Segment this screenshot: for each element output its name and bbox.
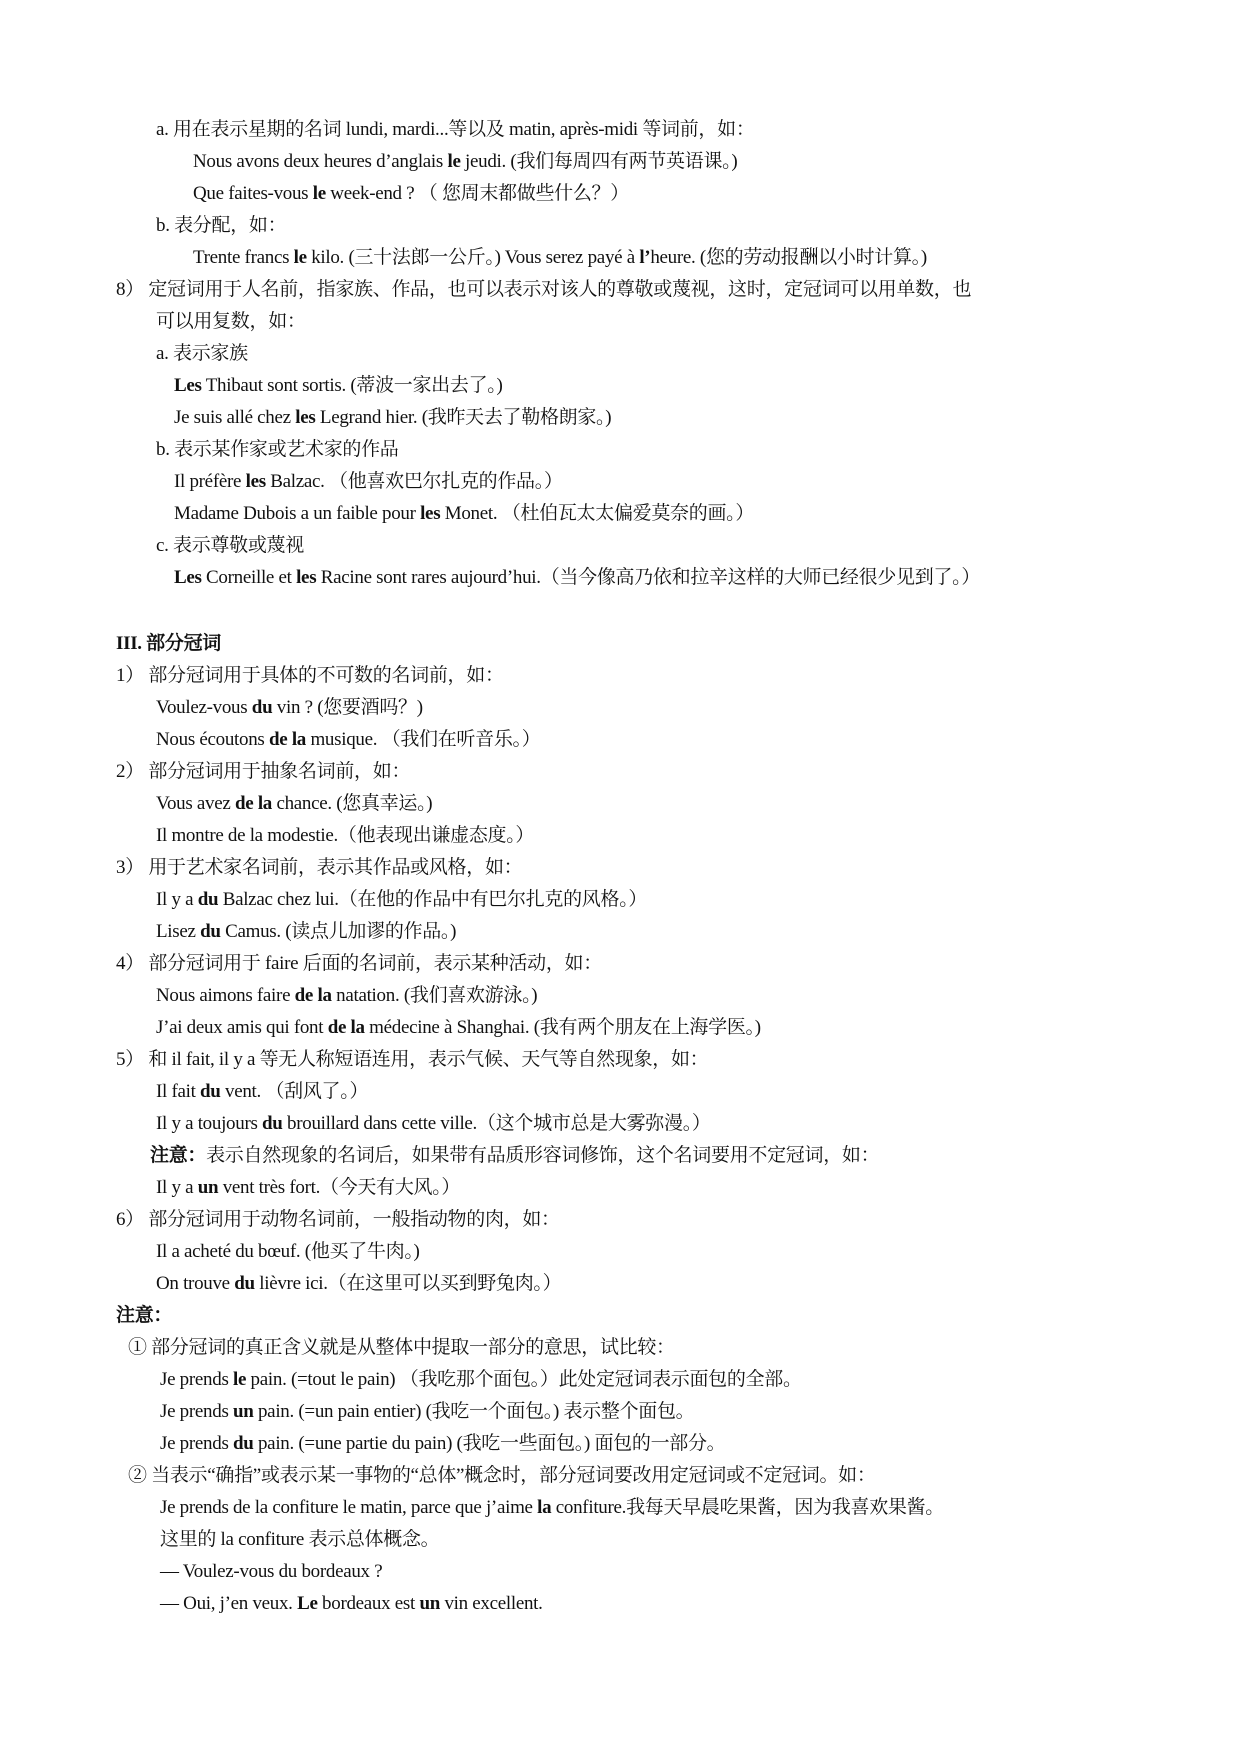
text-run: Lisez: [156, 921, 200, 942]
bold-term: les: [246, 471, 266, 492]
bold-term: III. 部分冠词: [116, 633, 221, 654]
text-run: vent très fort.（今天有大风。）: [218, 1177, 460, 1198]
text-run: Il a acheté du bœuf. (他买了牛肉。): [156, 1241, 420, 1262]
text-line: Je prends un pain. (=un pain entier) (我吃…: [160, 1400, 694, 1424]
bold-term: de la: [235, 793, 272, 814]
text-line: Les Corneille et les Racine sont rares a…: [174, 566, 980, 590]
text-line: 注意：表示自然现象的名词后，如果带有品质形容词修饰，这个名词要用不定冠词，如：: [150, 1144, 879, 1168]
text-run: vin excellent.: [440, 1593, 543, 1614]
text-line: Trente francs le kilo. (三十法郎一公斤。) Vous s…: [193, 246, 927, 270]
bold-term: le: [294, 247, 307, 268]
text-run: 表示自然现象的名词后，如果带有品质形容词修饰，这个名词要用不定冠词，如：: [206, 1145, 879, 1166]
bold-term: du: [252, 697, 273, 718]
text-run: 1） 部分冠词用于具体的不可数的名词前，如：: [116, 665, 504, 686]
text-line: Lisez du Camus. (读点儿加谬的作品。): [156, 920, 456, 944]
text-line: Il montre de la modestie.（他表现出谦虚态度。）: [156, 824, 534, 848]
text-run: Balzac chez lui.（在他的作品中有巴尔扎克的风格。）: [218, 889, 647, 910]
text-line: Voulez-vous du vin ? (您要酒吗？): [156, 696, 423, 720]
text-run: Je suis allé chez: [174, 407, 295, 428]
bold-term: la: [537, 1497, 551, 1518]
text-line: Il y a du Balzac chez lui.（在他的作品中有巴尔扎克的风…: [156, 888, 647, 912]
text-line: Nous écoutons de la musique. （我们在听音乐。）: [156, 728, 540, 752]
text-run: Corneille et: [202, 567, 296, 588]
text-run: Il fait: [156, 1081, 200, 1102]
text-run: Legrand hier. (我昨天去了勒格朗家。): [315, 407, 611, 428]
bold-term: du: [233, 1433, 254, 1454]
text-run: Il montre de la modestie.（他表现出谦虚态度。）: [156, 825, 534, 846]
bold-term: du: [262, 1113, 283, 1134]
text-run: jeudi. (我们每周四有两节英语课。): [461, 151, 738, 172]
text-line: b. 表示某作家或艺术家的作品: [156, 438, 399, 462]
bold-term: les: [296, 567, 316, 588]
bold-term: Les: [174, 375, 202, 396]
text-line: 3） 用于艺术家名词前，表示其作品或风格，如：: [116, 856, 522, 880]
bold-term: l’: [639, 247, 650, 268]
text-line: Je prends de la confiture le matin, parc…: [160, 1496, 944, 1520]
text-run: Vous avez: [156, 793, 235, 814]
text-line: Je prends le pain. (=tout le pain) （我吃那个…: [160, 1368, 802, 1392]
bold-term: du: [200, 921, 221, 942]
text-run: confiture.我每天早晨吃果酱，因为我喜欢果酱。: [551, 1497, 944, 1518]
bold-term: du: [234, 1273, 255, 1294]
text-run: Il préfère: [174, 471, 246, 492]
text-run: Je prends: [160, 1369, 233, 1390]
text-line: Madame Dubois a un faible pour les Monet…: [174, 502, 754, 526]
text-line: 1） 部分冠词用于具体的不可数的名词前，如：: [116, 664, 504, 688]
text-line: 可以用复数，如：: [156, 310, 306, 334]
bold-term: un: [198, 1177, 219, 1198]
text-line: Les Thibaut sont sortis. (蒂波一家出去了。): [174, 374, 503, 398]
text-line: Il y a un vent très fort.（今天有大风。）: [156, 1176, 460, 1200]
text-run: heure. (您的劳动报酬以小时计算。): [650, 247, 927, 268]
bold-term: 注意：: [116, 1305, 172, 1326]
text-run: — Voulez-vous du bordeaux ?: [160, 1561, 382, 1582]
text-run: b. 表示某作家或艺术家的作品: [156, 439, 399, 460]
text-run: Madame Dubois a un faible pour: [174, 503, 420, 524]
text-run: 2） 部分冠词用于抽象名词前，如：: [116, 761, 410, 782]
text-run: 这里的 la confiture 表示总体概念。: [160, 1529, 439, 1550]
text-run: Nous avons deux heures d’anglais: [193, 151, 447, 172]
text-run: musique. （我们在听音乐。）: [306, 729, 540, 750]
text-run: Thibaut sont sortis. (蒂波一家出去了。): [202, 375, 503, 396]
text-run: Trente francs: [193, 247, 294, 268]
text-run: ② 当表示“确指”或表示某一事物的“总体”概念时，部分冠词要改用定冠词或不定冠词…: [128, 1465, 876, 1486]
text-line: c. 表示尊敬或蔑视: [156, 534, 304, 558]
bold-term: le: [233, 1369, 246, 1390]
text-run: Je prends: [160, 1401, 233, 1422]
text-line: On trouve du lièvre ici.（在这里可以买到野兔肉。）: [156, 1272, 561, 1296]
text-run: J’ai deux amis qui font: [156, 1017, 328, 1038]
text-run: Que faites-vous: [193, 183, 313, 204]
bold-term: le: [447, 151, 460, 172]
text-line: Il fait du vent. （刮风了。）: [156, 1080, 368, 1104]
text-run: ① 部分冠词的真正含义就是从整体中提取一部分的意思，试比较：: [128, 1337, 675, 1358]
text-line: Il y a toujours du brouillard dans cette…: [156, 1112, 711, 1136]
text-run: médecine à Shanghai. (我有两个朋友在上海学医。): [365, 1017, 761, 1038]
bold-term: Les: [174, 567, 202, 588]
text-run: 8） 定冠词用于人名前，指家族、作品，也可以表示对该人的尊敬或蔑视，这时，定冠词…: [116, 279, 971, 300]
text-run: On trouve: [156, 1273, 234, 1294]
text-run: Racine sont rares aujourd’hui.（当今像高乃依和拉辛…: [316, 567, 980, 588]
text-line: 5） 和 il fait, il y a 等无人称短语连用，表示气候、天气等自然…: [116, 1048, 708, 1072]
text-run: Nous aimons faire: [156, 985, 295, 1006]
text-line: Je prends du pain. (=une partie du pain)…: [160, 1432, 725, 1456]
text-run: chance. (您真幸运。): [272, 793, 432, 814]
text-line: 2） 部分冠词用于抽象名词前，如：: [116, 760, 410, 784]
text-line: — Oui, j’en veux. Le bordeaux est un vin…: [160, 1592, 543, 1616]
bold-term: les: [295, 407, 315, 428]
text-run: natation. (我们喜欢游泳。): [332, 985, 538, 1006]
text-run: brouillard dans cette ville.（这个城市总是大雾弥漫。…: [283, 1113, 711, 1134]
text-run: pain. (=tout le pain) （我吃那个面包。）此处定冠词表示面包…: [246, 1369, 802, 1390]
bold-term: un: [419, 1593, 440, 1614]
bold-term: de la: [269, 729, 306, 750]
text-line: 6） 部分冠词用于动物名词前，一般指动物的肉，如：: [116, 1208, 560, 1232]
text-run: bordeaux est: [318, 1593, 420, 1614]
text-line: 注意：: [116, 1304, 172, 1328]
text-run: 4） 部分冠词用于 faire 后面的名词前，表示某种活动，如：: [116, 953, 602, 974]
text-run: Monet. （杜伯瓦太太偏爱莫奈的画。）: [440, 503, 754, 524]
text-run: kilo. (三十法郎一公斤。) Vous serez payé à: [307, 247, 640, 268]
bold-term: 注意：: [150, 1145, 206, 1166]
text-run: Il y a: [156, 1177, 198, 1198]
bold-term: Le: [297, 1593, 318, 1614]
text-run: a. 用在表示星期的名词 lundi, mardi...等以及 matin, a…: [156, 119, 755, 140]
text-line: 4） 部分冠词用于 faire 后面的名词前，表示某种活动，如：: [116, 952, 602, 976]
text-run: Nous écoutons: [156, 729, 269, 750]
text-run: 3） 用于艺术家名词前，表示其作品或风格，如：: [116, 857, 522, 878]
text-run: pain. (=une partie du pain) (我吃一些面包。) 面包…: [254, 1433, 726, 1454]
text-run: a. 表示家族: [156, 343, 248, 364]
text-line: Il a acheté du bœuf. (他买了牛肉。): [156, 1240, 420, 1264]
bold-term: du: [200, 1081, 221, 1102]
text-run: vent. （刮风了。）: [221, 1081, 369, 1102]
text-run: week-end ? （ 您周末都做些什么？）: [326, 183, 629, 204]
text-line: — Voulez-vous du bordeaux ?: [160, 1560, 382, 1584]
text-line: a. 用在表示星期的名词 lundi, mardi...等以及 matin, a…: [156, 118, 755, 142]
text-line: ① 部分冠词的真正含义就是从整体中提取一部分的意思，试比较：: [128, 1336, 675, 1360]
text-line: J’ai deux amis qui font de la médecine à…: [156, 1016, 761, 1040]
text-run: Je prends: [160, 1433, 233, 1454]
text-line: 8） 定冠词用于人名前，指家族、作品，也可以表示对该人的尊敬或蔑视，这时，定冠词…: [116, 278, 971, 302]
text-run: Balzac. （他喜欢巴尔扎克的作品。）: [266, 471, 563, 492]
text-line: b. 表分配，如：: [156, 214, 286, 238]
text-run: Voulez-vous: [156, 697, 252, 718]
text-run: 6） 部分冠词用于动物名词前，一般指动物的肉，如：: [116, 1209, 560, 1230]
text-run: vin ? (您要酒吗？): [272, 697, 422, 718]
text-run: Il y a: [156, 889, 198, 910]
document-page: a. 用在表示星期的名词 lundi, mardi...等以及 matin, a…: [0, 0, 1241, 1754]
text-line: ② 当表示“确指”或表示某一事物的“总体”概念时，部分冠词要改用定冠词或不定冠词…: [128, 1464, 876, 1488]
text-line: Nous aimons faire de la natation. (我们喜欢游…: [156, 984, 537, 1008]
bold-term: un: [233, 1401, 254, 1422]
section-heading: III. 部分冠词: [116, 632, 221, 656]
text-run: b. 表分配，如：: [156, 215, 286, 236]
bold-term: le: [313, 183, 326, 204]
text-run: Camus. (读点儿加谬的作品。): [221, 921, 456, 942]
text-run: pain. (=un pain entier) (我吃一个面包。) 表示整个面包…: [254, 1401, 695, 1422]
text-run: — Oui, j’en veux.: [160, 1593, 297, 1614]
text-line: 这里的 la confiture 表示总体概念。: [160, 1528, 439, 1552]
text-line: Il préfère les Balzac. （他喜欢巴尔扎克的作品。）: [174, 470, 563, 494]
text-line: Vous avez de la chance. (您真幸运。): [156, 792, 432, 816]
text-run: Il y a toujours: [156, 1113, 262, 1134]
text-run: lièvre ici.（在这里可以买到野兔肉。）: [255, 1273, 562, 1294]
text-line: a. 表示家族: [156, 342, 248, 366]
text-run: c. 表示尊敬或蔑视: [156, 535, 304, 556]
text-line: Que faites-vous le week-end ? （ 您周末都做些什么…: [193, 182, 629, 206]
text-run: Je prends de la confiture le matin, parc…: [160, 1497, 537, 1518]
bold-term: de la: [295, 985, 332, 1006]
bold-term: de la: [328, 1017, 365, 1038]
bold-term: les: [420, 503, 440, 524]
text-line: Je suis allé chez les Legrand hier. (我昨天…: [174, 406, 611, 430]
bold-term: du: [198, 889, 219, 910]
text-run: 5） 和 il fait, il y a 等无人称短语连用，表示气候、天气等自然…: [116, 1049, 708, 1070]
text-run: 可以用复数，如：: [156, 311, 306, 332]
text-line: Nous avons deux heures d’anglais le jeud…: [193, 150, 737, 174]
